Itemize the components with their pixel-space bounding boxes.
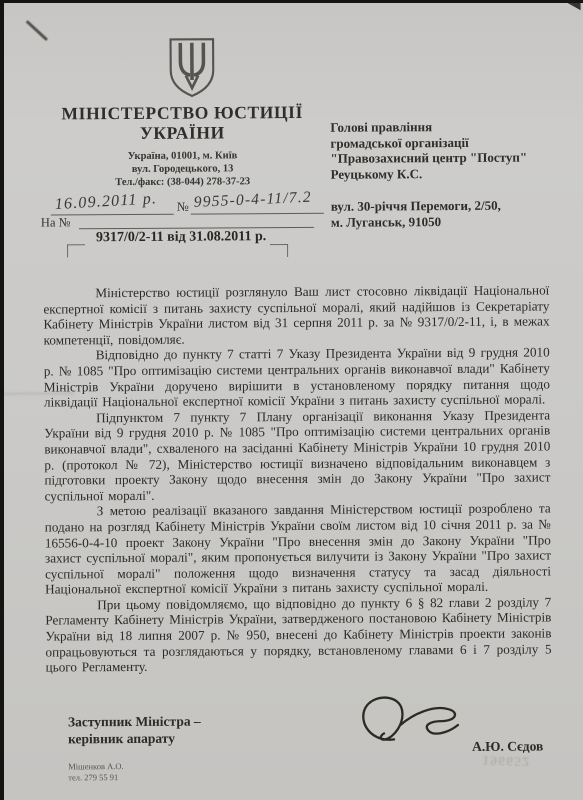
- ministry-address-line: Тел./факс: (38-044) 278-37-23: [31, 175, 335, 190]
- ministry-address: Україна, 01001, м. Київ вул. Городецьког…: [30, 149, 334, 190]
- ministry-name-line2: УКРАЇНИ: [30, 122, 334, 144]
- recipient-line: Голові правління: [330, 118, 570, 135]
- body-paragraph: При цьому повідомляємо, що відповідно до…: [45, 594, 551, 675]
- ukraine-trident-emblem-icon: [166, 36, 218, 98]
- recipient-line: громадської організації: [330, 134, 570, 151]
- body-paragraph: Підпунктом 7 пункту 7 Плану організації …: [44, 407, 551, 504]
- pen-stroke-mark: [26, 20, 48, 41]
- ministry-name-line1: МІНІСТЕРСТВО ЮСТИЦІЇ: [30, 102, 334, 124]
- incoming-reference: 9317/0/2-11 від 31.08.2011 р.: [96, 229, 266, 246]
- executor-phone: тел. 279 55 91: [68, 772, 123, 783]
- executor-block: Мішенков А.О. тел. 279 55 91: [68, 761, 124, 782]
- outgoing-number-label: №: [177, 200, 189, 215]
- recipient-address-line: м. Луганськ, 91050: [331, 213, 571, 230]
- ministry-name: МІНІСТЕРСТВО ЮСТИЦІЇ УКРАЇНИ: [30, 102, 334, 144]
- recipient-block: Голові правління громадської організації…: [330, 118, 571, 229]
- signer-position-line1: Заступник Міністра –: [68, 714, 201, 731]
- body-paragraph: Міністерство юстиції розглянуло Ваш лист…: [43, 282, 549, 347]
- address-window-corner-mark: [270, 244, 288, 257]
- signer-position-line2: керівник апарату: [68, 730, 201, 747]
- incoming-number-label: На №: [41, 215, 71, 230]
- number-underline: [191, 213, 324, 215]
- executor-name: Мішенков А.О.: [68, 761, 123, 772]
- recipient-address-line: вул. 30-річчя Перемоги, 2/50,: [331, 197, 571, 214]
- body-paragraph: З метою реалізації вказаного завдання Мі…: [45, 501, 552, 598]
- handwritten-date: 16.09.2011 р.: [54, 190, 157, 214]
- recipient-line: "Правозахисний центр "Поступ": [330, 149, 570, 166]
- scan-corner-shadow: [565, 3, 581, 10]
- signature-scribble: [354, 692, 470, 749]
- scanned-letter: { "letterhead": { "emblem_icon": "ukrain…: [0, 0, 583, 800]
- stamp-showthrough-number: 196652: [482, 751, 530, 768]
- recipient-line: Реуцькому К.С.: [331, 165, 571, 182]
- signer-position: Заступник Міністра – керівник апарату: [68, 714, 201, 748]
- handwritten-outgoing-number: 9955-0-4-11/7.2: [193, 189, 312, 212]
- body-paragraph: Відповідно до пункту 7 статті 7 Указу Пр…: [44, 345, 550, 410]
- letter-body: Міністерство юстиції розглянуло Ваш лист…: [43, 282, 551, 675]
- letter-page: МІНІСТЕРСТВО ЮСТИЦІЇ УКРАЇНИ Україна, 01…: [4, 3, 583, 800]
- address-window-corner-mark: [67, 244, 85, 257]
